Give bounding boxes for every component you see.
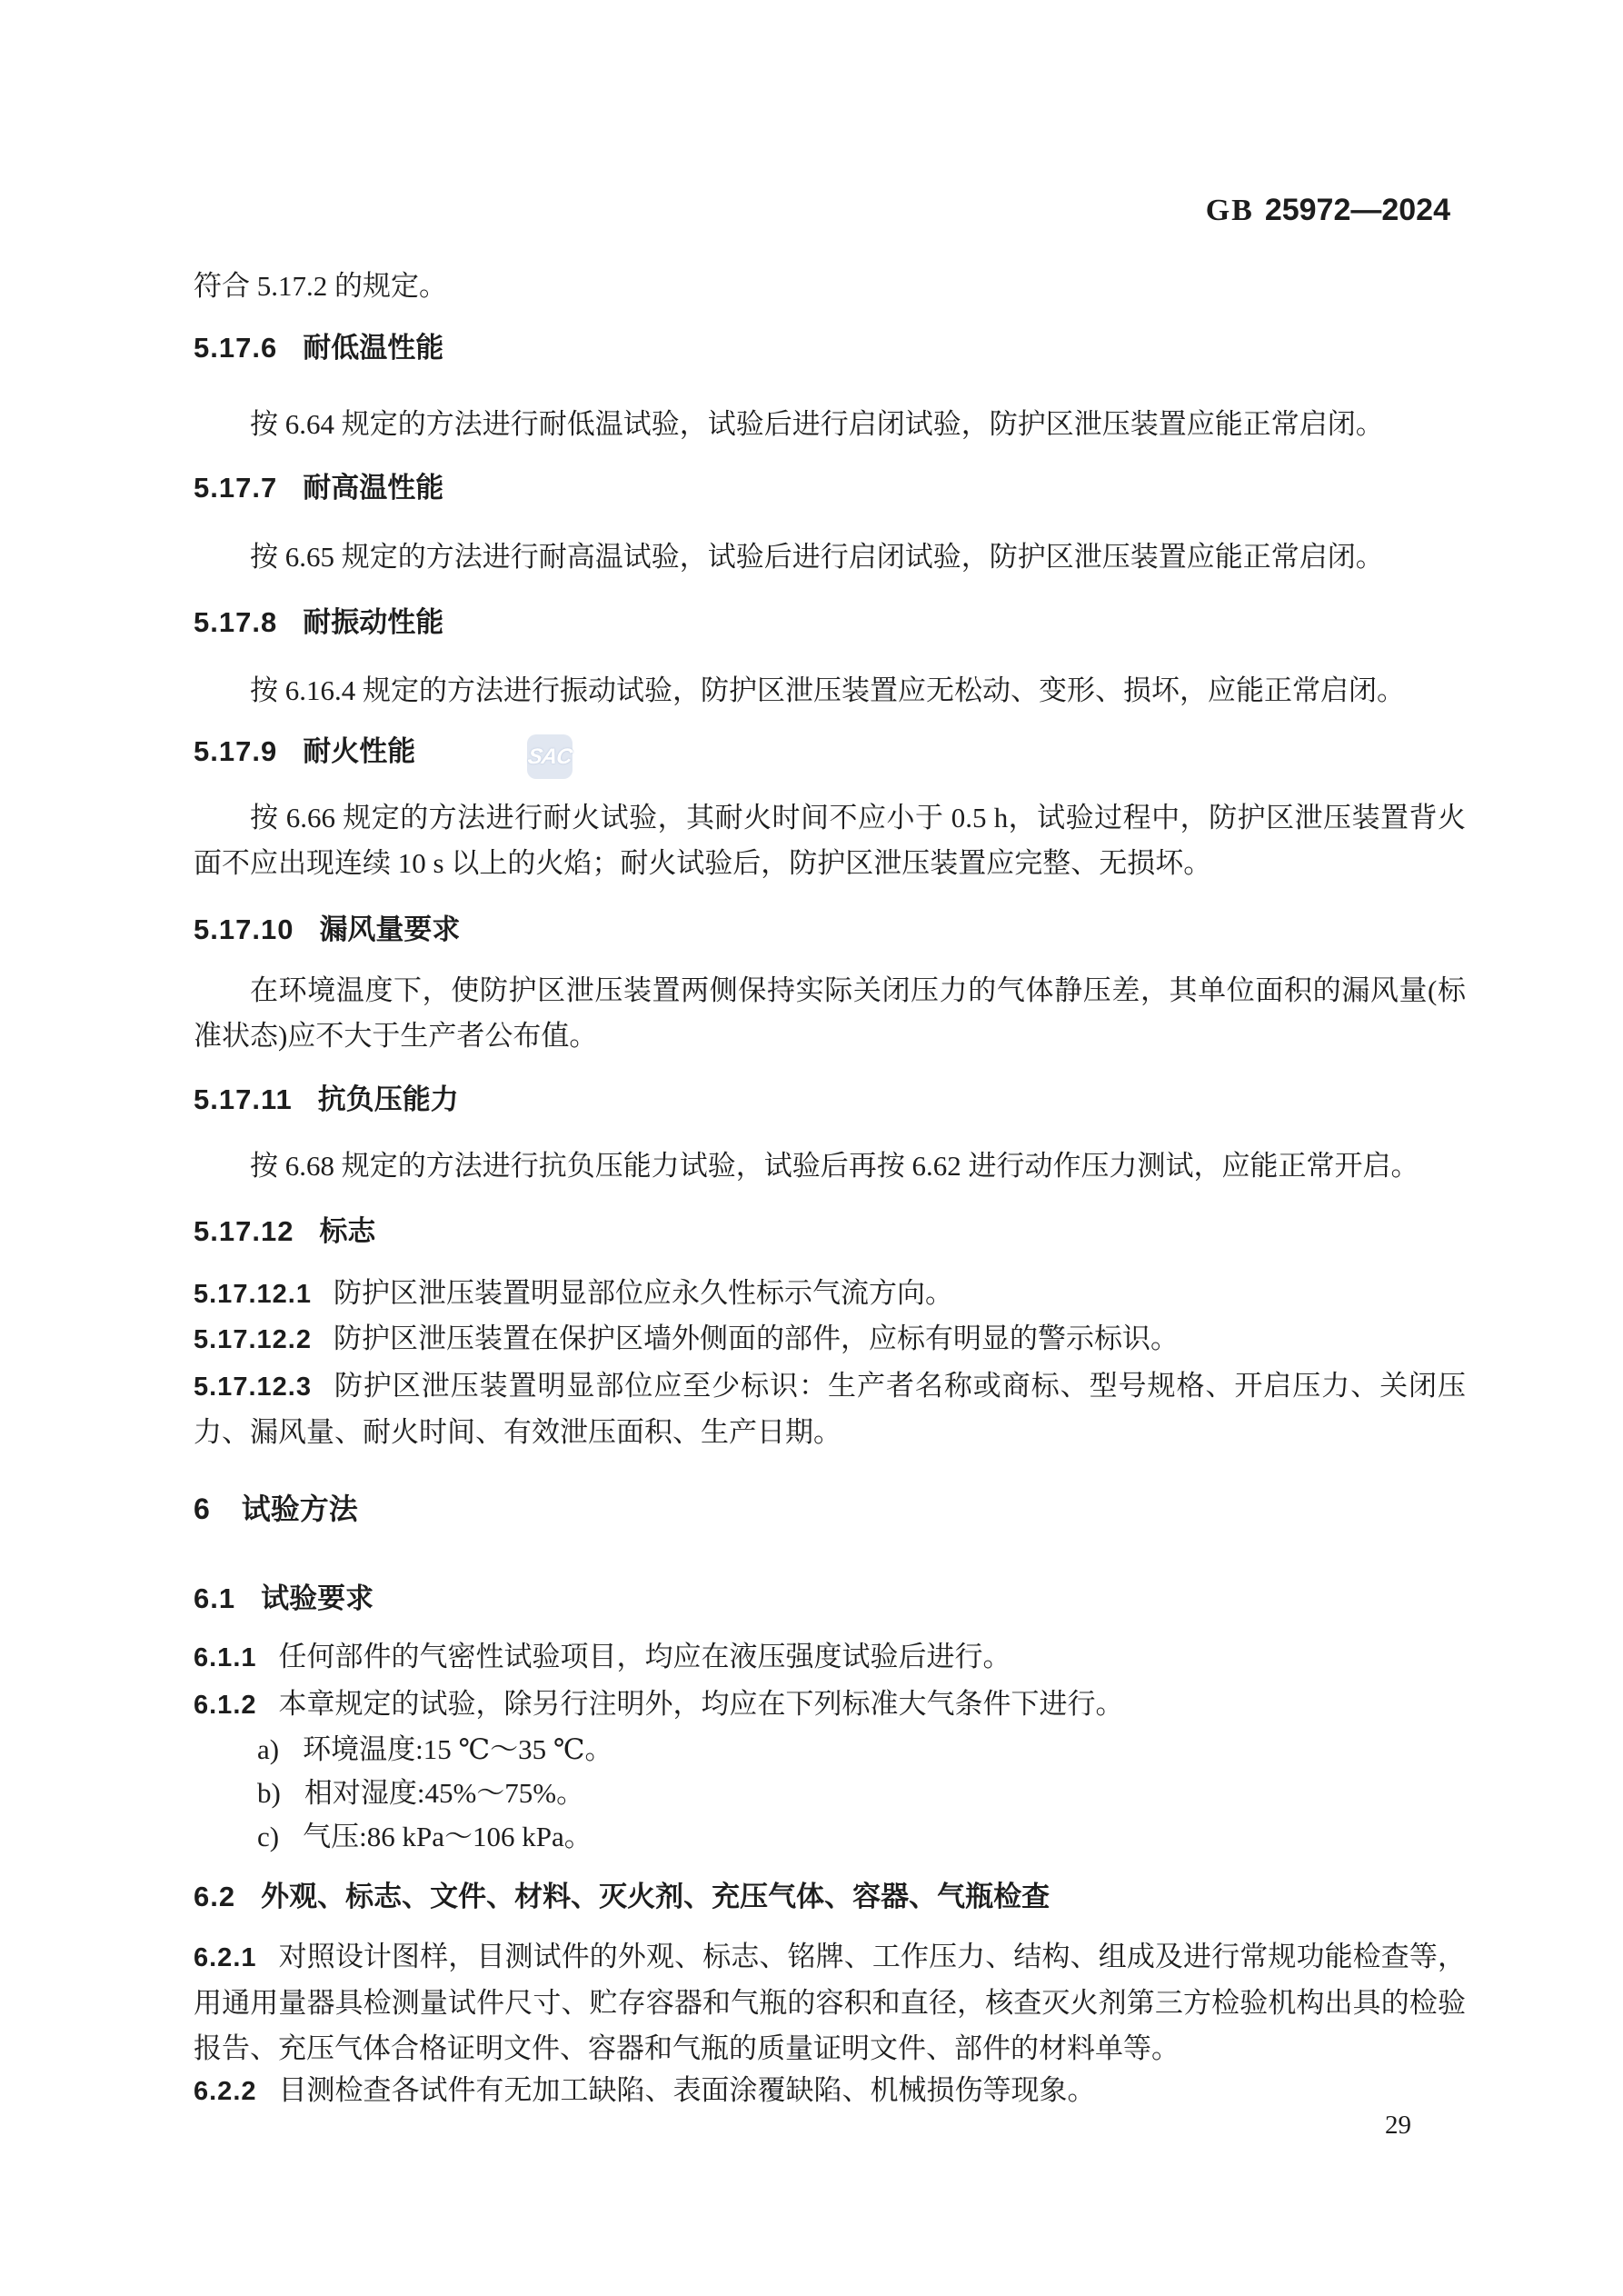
clause-text: 防护区泄压装置在保护区墙外侧面的部件，应标有明显的警示标识。 (334, 1323, 1179, 1354)
heading-5-17-9: 5.17.9耐火性能 (194, 729, 1466, 774)
heading-title: 漏风量要求 (319, 913, 460, 945)
heading-5-17-12: 5.17.12标志 (194, 1209, 1466, 1254)
clause-text: 目测检查各试件有无加工缺陷、表面涂覆缺陷、机械损伤等现象。 (279, 2074, 1096, 2106)
list-text: 环境温度:15 ℃～35 ℃。 (303, 1733, 612, 1765)
clause-number: 5.17.12.3 (194, 1373, 312, 1402)
paragraph-5-17-8: 按 6.16.4 规定的方法进行振动试验，防护区泄压装置应无松动、变形、损坏，应… (194, 668, 1466, 714)
heading-number: 5.17.10 (194, 913, 294, 945)
standard-prefix: GB (1206, 194, 1254, 227)
heading-title: 耐火性能 (303, 735, 415, 767)
heading-5-17-6: 5.17.6耐低温性能 (194, 325, 1466, 371)
heading-5-17-10: 5.17.10漏风量要求 (194, 907, 1466, 953)
paragraph-5-17-10: 在环境温度下，使防护区泄压装置两侧保持实际关闭压力的气体静压差，其单位面积的漏风… (194, 968, 1466, 1059)
list-item-b: b)相对湿度:45%～75%。 (257, 1771, 1348, 1816)
list-marker: c) (257, 1821, 279, 1852)
heading-number: 5.17.9 (194, 735, 277, 767)
clause-6-2-1: 6.2.1对照设计图样，目测试件的外观、标志、铭牌、工作压力、结构、组成及进行常… (194, 1934, 1466, 2071)
clause-text: 防护区泄压装置明显部位应至少标识：生产者名称或商标、型号规格、开启压力、关闭压力… (194, 1370, 1466, 1448)
heading-title: 标志 (319, 1215, 375, 1247)
heading-number: 5.17.7 (194, 472, 277, 504)
paragraph-text: 按 6.64 规定的方法进行耐低温试验，试验后进行启闭试验，防护区泄压装置应能正… (250, 408, 1384, 440)
heading-title: 抗负压能力 (318, 1083, 459, 1115)
paragraph-5-17-6: 按 6.64 规定的方法进行耐低温试验，试验后进行启闭试验，防护区泄压装置应能正… (194, 402, 1466, 447)
paragraph-text: 按 6.68 规定的方法进行抗负压能力试验，试验后再按 6.62 进行动作压力测… (250, 1150, 1419, 1182)
paragraph-continuation: 符合 5.17.2 的规定。 (194, 264, 1466, 309)
heading-title: 外观、标志、文件、材料、灭火剂、充压气体、容器、气瓶检查 (261, 1881, 1050, 1912)
standard-number-header: GB25972—2024 (1206, 193, 1450, 228)
clause-6-1-1: 6.1.1任何部件的气密性试验项目，均应在液压强度试验后进行。 (194, 1634, 1466, 1681)
clause-6-2-2: 6.2.2目测检查各试件有无加工缺陷、表面涂覆缺陷、机械损伤等现象。 (194, 2068, 1466, 2114)
paragraph-text: 在环境温度下，使防护区泄压装置两侧保持实际关闭压力的气体静压差，其单位面积的漏风… (194, 974, 1466, 1052)
heading-title: 耐低温性能 (303, 332, 443, 364)
clause-text: 任何部件的气密性试验项目，均应在液压强度试验后进行。 (279, 1641, 1011, 1672)
clause-5-17-12-3: 5.17.12.3防护区泄压装置明显部位应至少标识：生产者名称或商标、型号规格、… (194, 1363, 1466, 1455)
paragraph-5-17-9: 按 6.66 规定的方法进行耐火试验，其耐火时间不应小于 0.5 h，试验过程中… (194, 795, 1466, 886)
heading-number: 6.1 (194, 1582, 235, 1614)
list-item-c: c)气压:86 kPa～106 kPa。 (257, 1814, 1348, 1860)
paragraph-text: 符合 5.17.2 的规定。 (194, 270, 447, 302)
paragraph-text: 按 6.66 规定的方法进行耐火试验，其耐火时间不应小于 0.5 h，试验过程中… (194, 802, 1466, 879)
heading-5-17-7: 5.17.7耐高温性能 (194, 465, 1466, 511)
heading-number: 5.17.11 (194, 1083, 293, 1115)
heading-number: 5.17.6 (194, 332, 277, 364)
clause-text: 对照设计图样，目测试件的外观、标志、铭牌、工作压力、结构、组成及进行常规功能检查… (194, 1941, 1466, 2064)
paragraph-5-17-11: 按 6.68 规定的方法进行抗负压能力试验，试验后再按 6.62 进行动作压力测… (194, 1143, 1466, 1189)
list-item-a: a)环境温度:15 ℃～35 ℃。 (257, 1727, 1348, 1772)
list-text: 气压:86 kPa～106 kPa。 (303, 1821, 592, 1852)
clause-text: 防护区泄压装置明显部位应永久性标示气流方向。 (334, 1277, 953, 1309)
clause-number: 6.2.2 (194, 2077, 257, 2106)
paragraph-text: 按 6.16.4 规定的方法进行振动试验，防护区泄压装置应无松动、变形、损坏，应… (250, 674, 1405, 706)
heading-title: 试验要求 (261, 1582, 373, 1614)
list-marker: b) (257, 1777, 281, 1809)
clause-5-17-12-2: 5.17.12.2防护区泄压装置在保护区墙外侧面的部件，应标有明显的警示标识。 (194, 1316, 1466, 1363)
clause-text: 本章规定的试验，除另行注明外，均应在下列标准大气条件下进行。 (279, 1688, 1124, 1720)
heading-number: 6.2 (194, 1881, 235, 1912)
clause-5-17-12-1: 5.17.12.1防护区泄压装置明显部位应永久性标示气流方向。 (194, 1271, 1466, 1317)
clause-number: 5.17.12.2 (194, 1325, 312, 1354)
page-number: 29 (1385, 2111, 1411, 2141)
heading-5-17-11: 5.17.11抗负压能力 (194, 1077, 1466, 1123)
chapter-title: 试验方法 (242, 1492, 358, 1525)
heading-number: 5.17.12 (194, 1215, 294, 1247)
paragraph-text: 按 6.65 规定的方法进行耐高温试验，试验后进行启闭试验，防护区泄压装置应能正… (250, 541, 1384, 573)
heading-5-17-8: 5.17.8耐振动性能 (194, 600, 1466, 645)
document-page: GB25972—2024 SAC 符合 5.17.2 的规定。 5.17.6耐低… (0, 0, 1623, 2296)
clause-6-1-2: 6.1.2本章规定的试验，除另行注明外，均应在下列标准大气条件下进行。 (194, 1682, 1466, 1728)
paragraph-5-17-7: 按 6.65 规定的方法进行耐高温试验，试验后进行启闭试验，防护区泄压装置应能正… (194, 534, 1466, 580)
list-marker: a) (257, 1733, 279, 1765)
heading-title: 耐振动性能 (303, 606, 443, 638)
clause-number: 5.17.12.1 (194, 1280, 312, 1309)
heading-6-2: 6.2外观、标志、文件、材料、灭火剂、充压气体、容器、气瓶检查 (194, 1874, 1466, 1920)
heading-6-1: 6.1试验要求 (194, 1576, 1466, 1622)
heading-title: 耐高温性能 (303, 472, 443, 504)
clause-number: 6.2.1 (194, 1943, 257, 1972)
list-text: 相对湿度:45%～75%。 (304, 1777, 584, 1809)
heading-number: 5.17.8 (194, 606, 277, 638)
clause-number: 6.1.1 (194, 1643, 257, 1672)
chapter-number: 6 (194, 1492, 211, 1525)
standard-number: 25972—2024 (1265, 193, 1450, 227)
chapter-heading-6: 6试验方法 (194, 1486, 1466, 1532)
clause-number: 6.1.2 (194, 1691, 257, 1720)
